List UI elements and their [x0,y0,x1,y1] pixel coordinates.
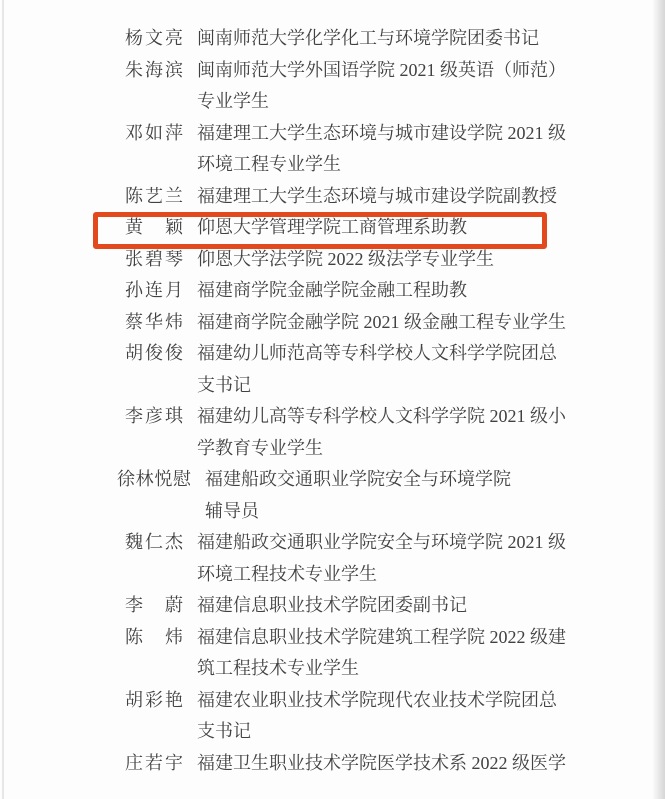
person-description: 福建船政交通职业学院安全与环境学院 2021 级环境工程技术专业学生 [197,527,566,590]
person-description: 仰恩大学管理学院工商管理系助教 [197,212,467,244]
list-item: 庄若宇 福建卫生职业技术学院医学技术系 2022 级医学 [125,748,566,780]
list-item: 黄颖 仰恩大学管理学院工商管理系助教 [125,212,566,244]
name-character: 陈 [125,622,143,654]
person-description: 福建农业职业技术学院现代农业技术学院团总支书记 [197,685,557,748]
person-name: 黄颖 [125,212,183,244]
description-line: 环境工程专业学生 [197,149,566,181]
name-character: 华 [145,307,163,339]
description-line: 辅导员 [205,496,511,528]
name-character: 俊 [145,338,163,370]
name-character: 张 [125,244,143,276]
description-line: 福建卫生职业技术学院医学技术系 2022 级医学 [197,748,566,780]
name-character: 邓 [125,118,143,150]
description-line: 福建幼儿师范高等专科学校人文科学学院团总 [197,338,557,370]
list-item: 魏仁杰 福建船政交通职业学院安全与环境学院 2021 级环境工程技术专业学生 [125,527,566,590]
person-name: 庄若宇 [125,748,183,780]
description-line: 闽南师范大学化学化工与环境学院团委书记 [197,23,539,55]
person-name: 徐林悦慰 [117,464,191,496]
list-item: 蔡华炜 福建商学院金融学院 2021 级金融工程专业学生 [125,307,566,339]
list-item: 孙连月 福建商学院金融学院金融工程助教 [125,275,566,307]
name-character: 杨 [125,23,143,55]
name-character: 海 [145,55,163,87]
name-character: 庄 [125,748,143,780]
name-character: 亮 [165,23,183,55]
name-character: 滨 [165,55,183,87]
name-character: 蔡 [125,307,143,339]
person-name: 张碧琴 [125,244,183,276]
name-character: 俊 [165,338,183,370]
person-name: 朱海滨 [125,55,183,87]
name-character: 朱 [125,55,143,87]
name-character: 魏 [125,527,143,559]
list-item: 陈炜 福建信息职业技术学院建筑工程学院 2022 级建筑工程技术专业学生 [125,622,566,685]
name-character: 萍 [165,118,183,150]
description-line: 学教育专业学生 [197,433,566,465]
description-line: 支书记 [197,716,557,748]
list-item: 徐林悦慰 福建船政交通职业学院安全与环境学院辅导员 [125,464,566,527]
name-character: 胡 [125,338,143,370]
person-name: 胡彩艳 [125,685,183,717]
document-page: 杨文亮 闽南师范大学化学化工与环境学院团委书记 朱海滨 闽南师范大学外国语学院 … [0,0,665,799]
list-item: 杨文亮 闽南师范大学化学化工与环境学院团委书记 [125,23,566,55]
person-description: 福建信息职业技术学院建筑工程学院 2022 级建筑工程技术专业学生 [197,622,566,685]
person-name: 蔡华炜 [125,307,183,339]
person-name: 陈炜 [125,622,183,654]
name-character: 炜 [165,622,183,654]
name-character: 慰 [173,464,191,496]
name-character: 碧 [145,244,163,276]
description-line: 仰恩大学管理学院工商管理系助教 [197,212,467,244]
name-character: 李 [125,401,143,433]
description-line: 筑工程技术专业学生 [197,653,566,685]
person-description: 福建幼儿高等专科学校人文科学学院 2021 级小学教育专业学生 [197,401,566,464]
name-character: 仁 [145,527,163,559]
description-line: 福建商学院金融学院 2021 级金融工程专业学生 [197,307,566,339]
entries-list: 杨文亮 闽南师范大学化学化工与环境学院团委书记 朱海滨 闽南师范大学外国语学院 … [0,0,566,779]
person-description: 闽南师范大学化学化工与环境学院团委书记 [197,23,539,55]
name-character: 彩 [145,685,163,717]
person-description: 福建卫生职业技术学院医学技术系 2022 级医学 [197,748,566,780]
name-character: 颖 [165,212,183,244]
list-item: 朱海滨 闽南师范大学外国语学院 2021 级英语（师范）专业学生 [125,55,566,118]
person-name: 杨文亮 [125,23,183,55]
name-character: 宇 [165,748,183,780]
list-item: 陈艺兰 福建理工大学生态环境与城市建设学院副教授 [125,181,566,213]
person-description: 福建幼儿师范高等专科学校人文科学学院团总支书记 [197,338,557,401]
name-character: 蔚 [165,590,183,622]
person-description: 福建信息职业技术学院团委副书记 [197,590,467,622]
list-item: 李蔚 福建信息职业技术学院团委副书记 [125,590,566,622]
person-name: 邓如萍 [125,118,183,150]
name-character: 兰 [165,181,183,213]
name-character: 悦 [154,464,172,496]
name-character: 月 [165,275,183,307]
description-line: 福建船政交通职业学院安全与环境学院 2021 级 [197,527,566,559]
name-character: 如 [145,118,163,150]
name-character: 连 [145,275,163,307]
list-item: 邓如萍 福建理工大学生态环境与城市建设学院 2021 级环境工程专业学生 [125,118,566,181]
description-line: 福建理工大学生态环境与城市建设学院 2021 级 [197,118,566,150]
person-name: 魏仁杰 [125,527,183,559]
name-character: 文 [145,23,163,55]
name-character: 琴 [165,244,183,276]
person-name: 孙连月 [125,275,183,307]
name-character: 林 [136,464,154,496]
description-line: 福建理工大学生态环境与城市建设学院副教授 [197,181,557,213]
person-description: 闽南师范大学外国语学院 2021 级英语（师范）专业学生 [197,55,566,118]
person-description: 福建商学院金融学院金融工程助教 [197,275,467,307]
list-item: 张碧琴 仰恩大学法学院 2022 级法学专业学生 [125,244,566,276]
description-line: 福建船政交通职业学院安全与环境学院 [205,464,511,496]
person-name: 李蔚 [125,590,183,622]
name-character: 陈 [125,181,143,213]
description-line: 福建幼儿高等专科学校人文科学学院 2021 级小 [197,401,566,433]
name-character: 艳 [165,685,183,717]
description-line: 仰恩大学法学院 2022 级法学专业学生 [197,244,494,276]
description-line: 福建商学院金融学院金融工程助教 [197,275,467,307]
name-character: 炜 [165,307,183,339]
person-description: 仰恩大学法学院 2022 级法学专业学生 [197,244,494,276]
description-line: 环境工程技术专业学生 [197,559,566,591]
description-line: 闽南师范大学外国语学院 2021 级英语（师范） [197,55,566,87]
description-line: 支书记 [197,370,557,402]
name-character: 杰 [165,527,183,559]
person-name: 李彦琪 [125,401,183,433]
name-character: 艺 [145,181,163,213]
name-character: 李 [125,590,143,622]
list-item: 李彦琪 福建幼儿高等专科学校人文科学学院 2021 级小学教育专业学生 [125,401,566,464]
person-description: 福建理工大学生态环境与城市建设学院副教授 [197,181,557,213]
description-line: 专业学生 [197,86,566,118]
name-character: 若 [145,748,163,780]
person-description: 福建理工大学生态环境与城市建设学院 2021 级环境工程专业学生 [197,118,566,181]
person-description: 福建商学院金融学院 2021 级金融工程专业学生 [197,307,566,339]
page-edge-right [652,0,665,799]
list-item: 胡彩艳 福建农业职业技术学院现代农业技术学院团总支书记 [125,685,566,748]
name-character: 黄 [125,212,143,244]
description-line: 福建信息职业技术学院团委副书记 [197,590,467,622]
description-line: 福建农业职业技术学院现代农业技术学院团总 [197,685,557,717]
name-character: 徐 [117,464,135,496]
name-character: 胡 [125,685,143,717]
description-line: 福建信息职业技术学院建筑工程学院 2022 级建 [197,622,566,654]
person-name: 胡俊俊 [125,338,183,370]
person-name: 陈艺兰 [125,181,183,213]
name-character: 彦 [145,401,163,433]
list-item: 胡俊俊 福建幼儿师范高等专科学校人文科学学院团总支书记 [125,338,566,401]
name-character: 琪 [165,401,183,433]
person-description: 福建船政交通职业学院安全与环境学院辅导员 [205,464,511,527]
name-character: 孙 [125,275,143,307]
